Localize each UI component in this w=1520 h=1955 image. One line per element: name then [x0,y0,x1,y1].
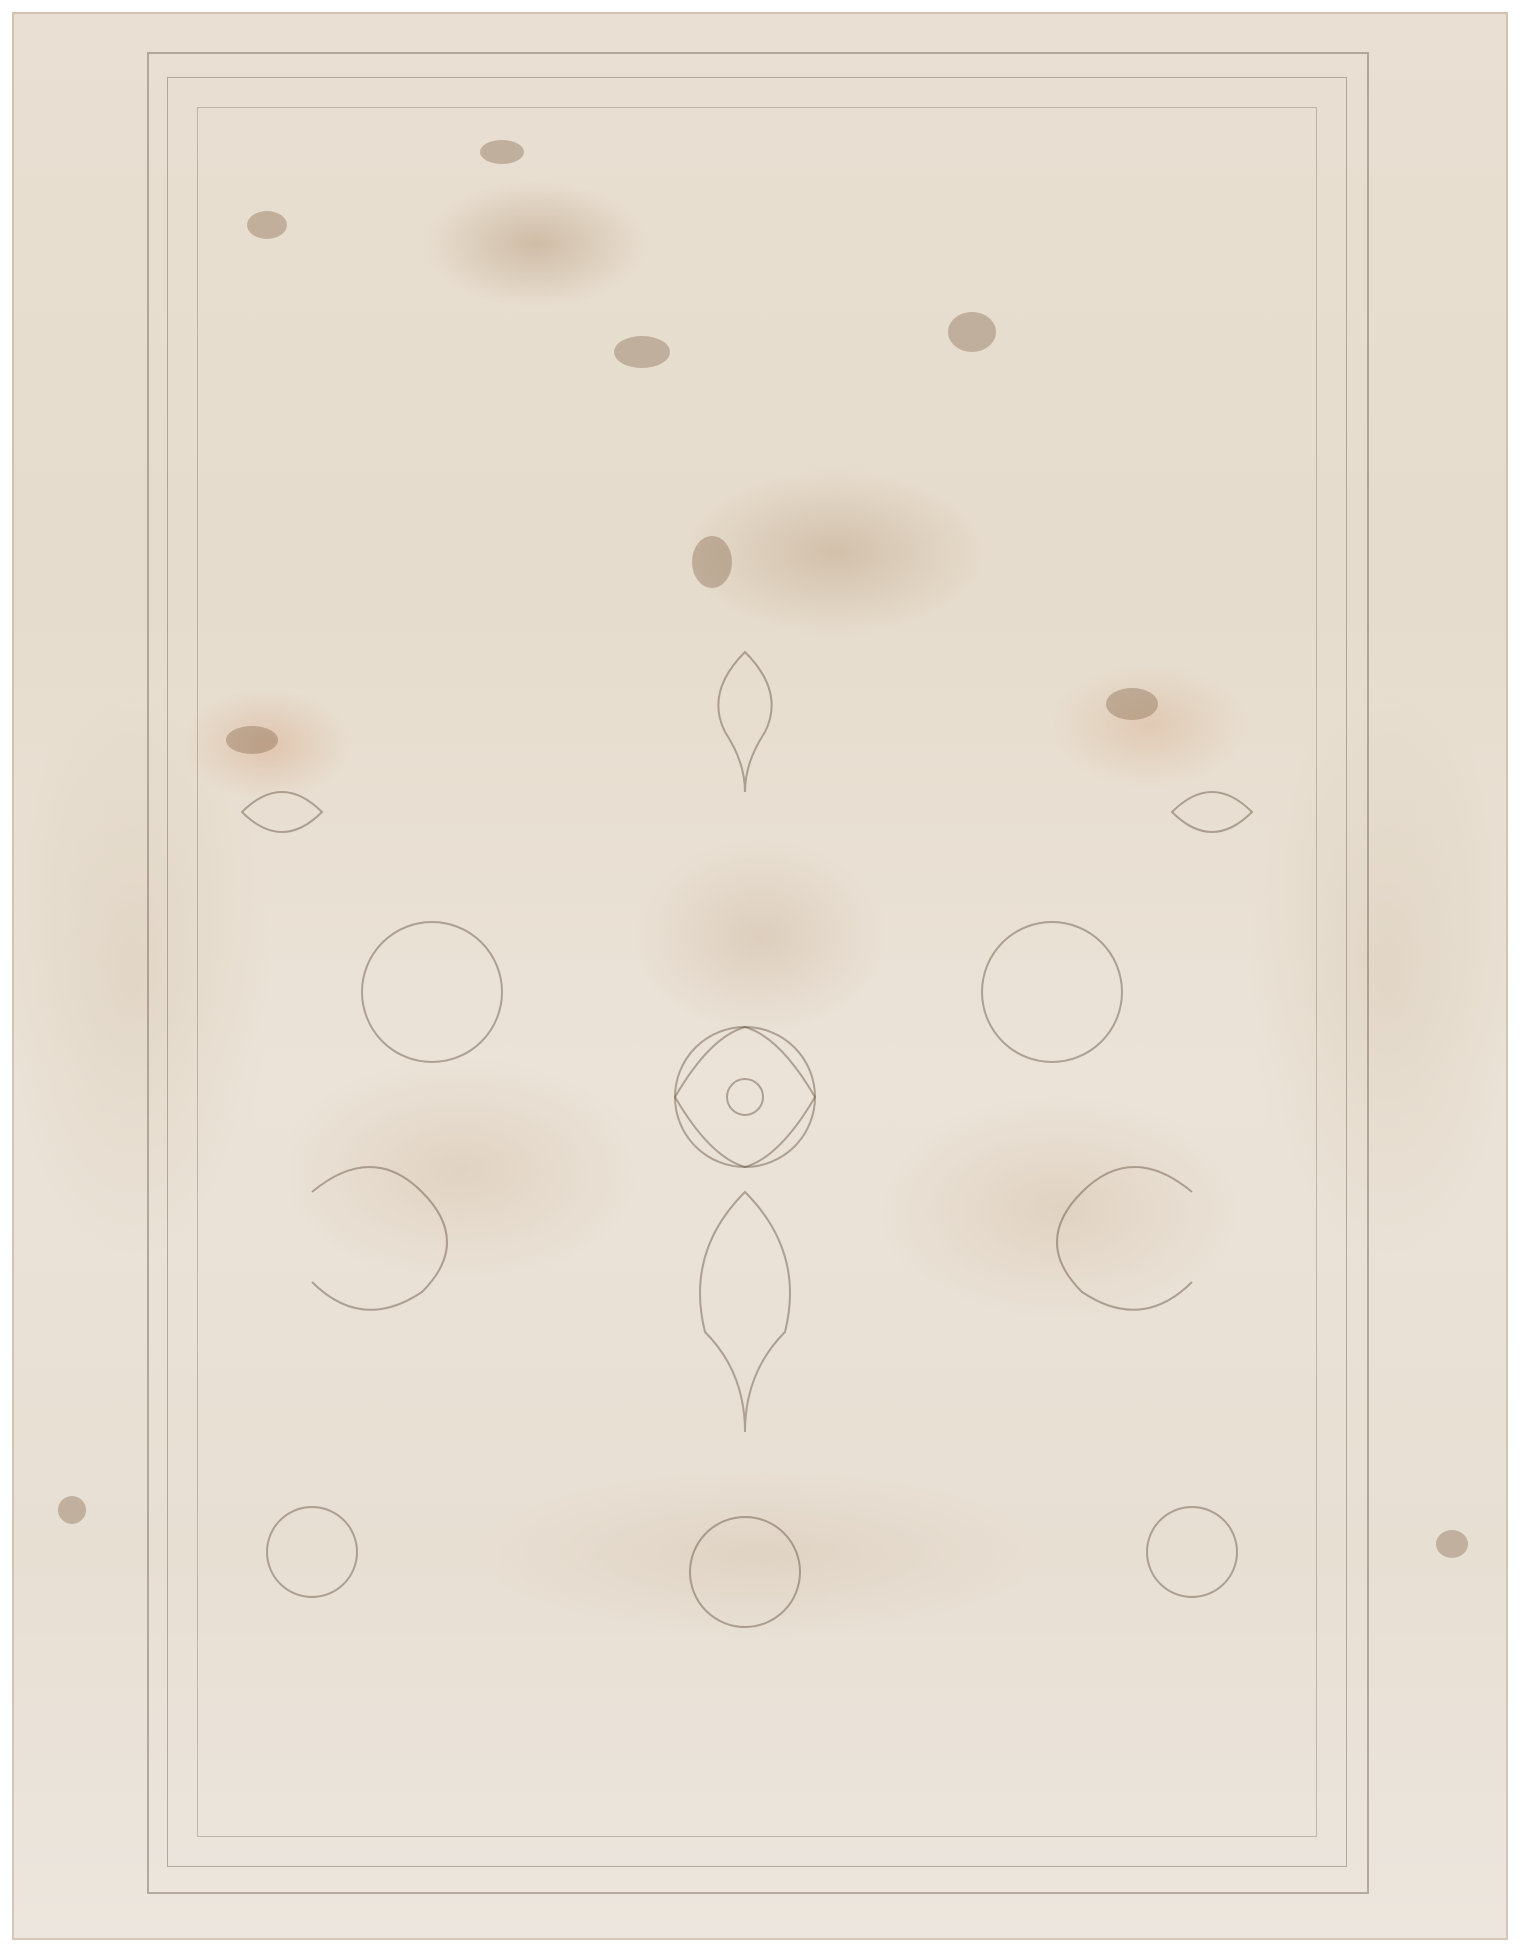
rug-floral-pattern [12,12,1508,1940]
rug-photo [12,12,1508,1940]
